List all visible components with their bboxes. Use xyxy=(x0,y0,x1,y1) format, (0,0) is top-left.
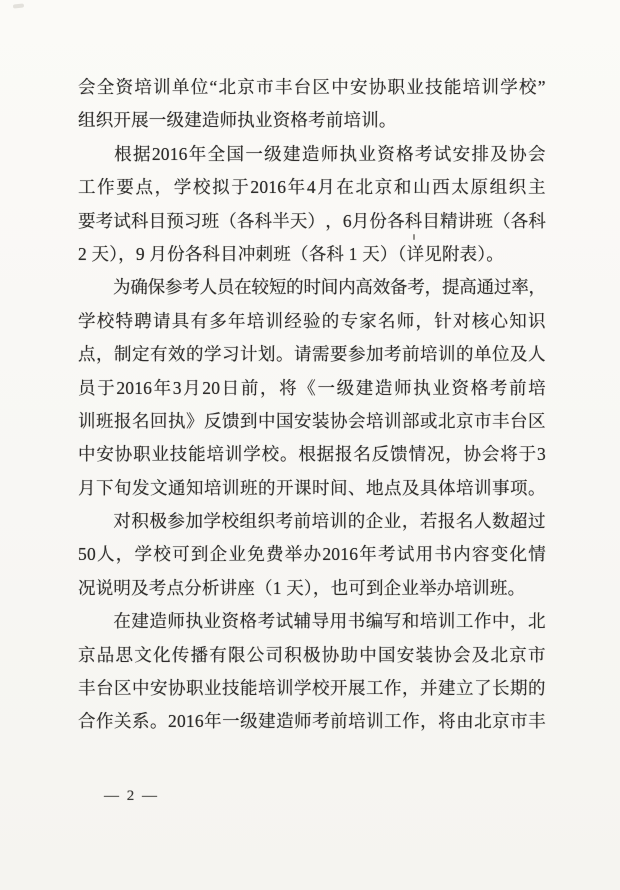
text-line: 组织开展一级建造师执业资格考前培训。 xyxy=(78,104,546,137)
text-line: 在建造师执业资格考试辅导用书编写和培训工作中，北 xyxy=(78,605,546,638)
text-line: 50人，学校可到企业免费举办2016年考试用书内容变化情 xyxy=(78,538,546,571)
page-number: — 2 — xyxy=(104,786,159,806)
scan-smudge-mark xyxy=(13,3,24,8)
text-line: 况说明及考点分析讲座（1 天），也可到企业举办培训班。 xyxy=(78,572,546,605)
text-line: 根据2016年全国一级建造师执业资格考试安排及协会 xyxy=(78,138,546,171)
text-line: 点，制定有效的学习计划。请需要参加考前培训的单位及人 xyxy=(78,338,546,371)
text-line: 学校特聘请具有多年培训经验的专家名师，针对核心知识 xyxy=(78,305,546,338)
scanned-document-page: 会全资培训单位“北京市丰台区中安协职业技能培训学校”组织开展一级建造师执业资格考… xyxy=(0,0,620,890)
text-line: 2 天），9 月份各科目冲刺班（各科 1 天）（详见附表）。 xyxy=(78,238,546,271)
text-line: 对积极参加学校组织考前培训的企业，若报名人数超过 xyxy=(78,505,546,538)
text-line: 训班报名回执》反馈到中国安装协会培训部或北京市丰台区 xyxy=(78,405,546,438)
text-line: 中安协职业技能培训学校。根据报名反馈情况，协会将于3 xyxy=(78,438,546,471)
text-line: 合作关系。2016年一级建造师考前培训工作，将由北京市丰 xyxy=(78,705,546,738)
document-body: 会全资培训单位“北京市丰台区中安协职业技能培训学校”组织开展一级建造师执业资格考… xyxy=(78,71,546,739)
text-line: 丰台区中安协职业技能培训学校开展工作，并建立了长期的 xyxy=(78,672,546,705)
text-line: 会全资培训单位“北京市丰台区中安协职业技能培训学校” xyxy=(78,71,546,104)
text-line: 京品思文化传播有限公司积极协助中国安装协会及北京市 xyxy=(78,639,546,672)
text-line: 员于2016年3月20日前，将《一级建造师执业资格考前培 xyxy=(78,372,546,405)
text-line: 月下旬发文通知培训班的开课时间、地点及具体培训事项。 xyxy=(78,472,546,505)
text-line: 工作要点，学校拟于2016年4月在北京和山西太原组织主 xyxy=(78,171,546,204)
text-line: 要考试科目预习班（各科半天），6月份各科目精讲班（各科 xyxy=(78,205,546,238)
text-line: 为确保参考人员在较短的时间内高效备考，提高通过率， xyxy=(78,271,546,304)
